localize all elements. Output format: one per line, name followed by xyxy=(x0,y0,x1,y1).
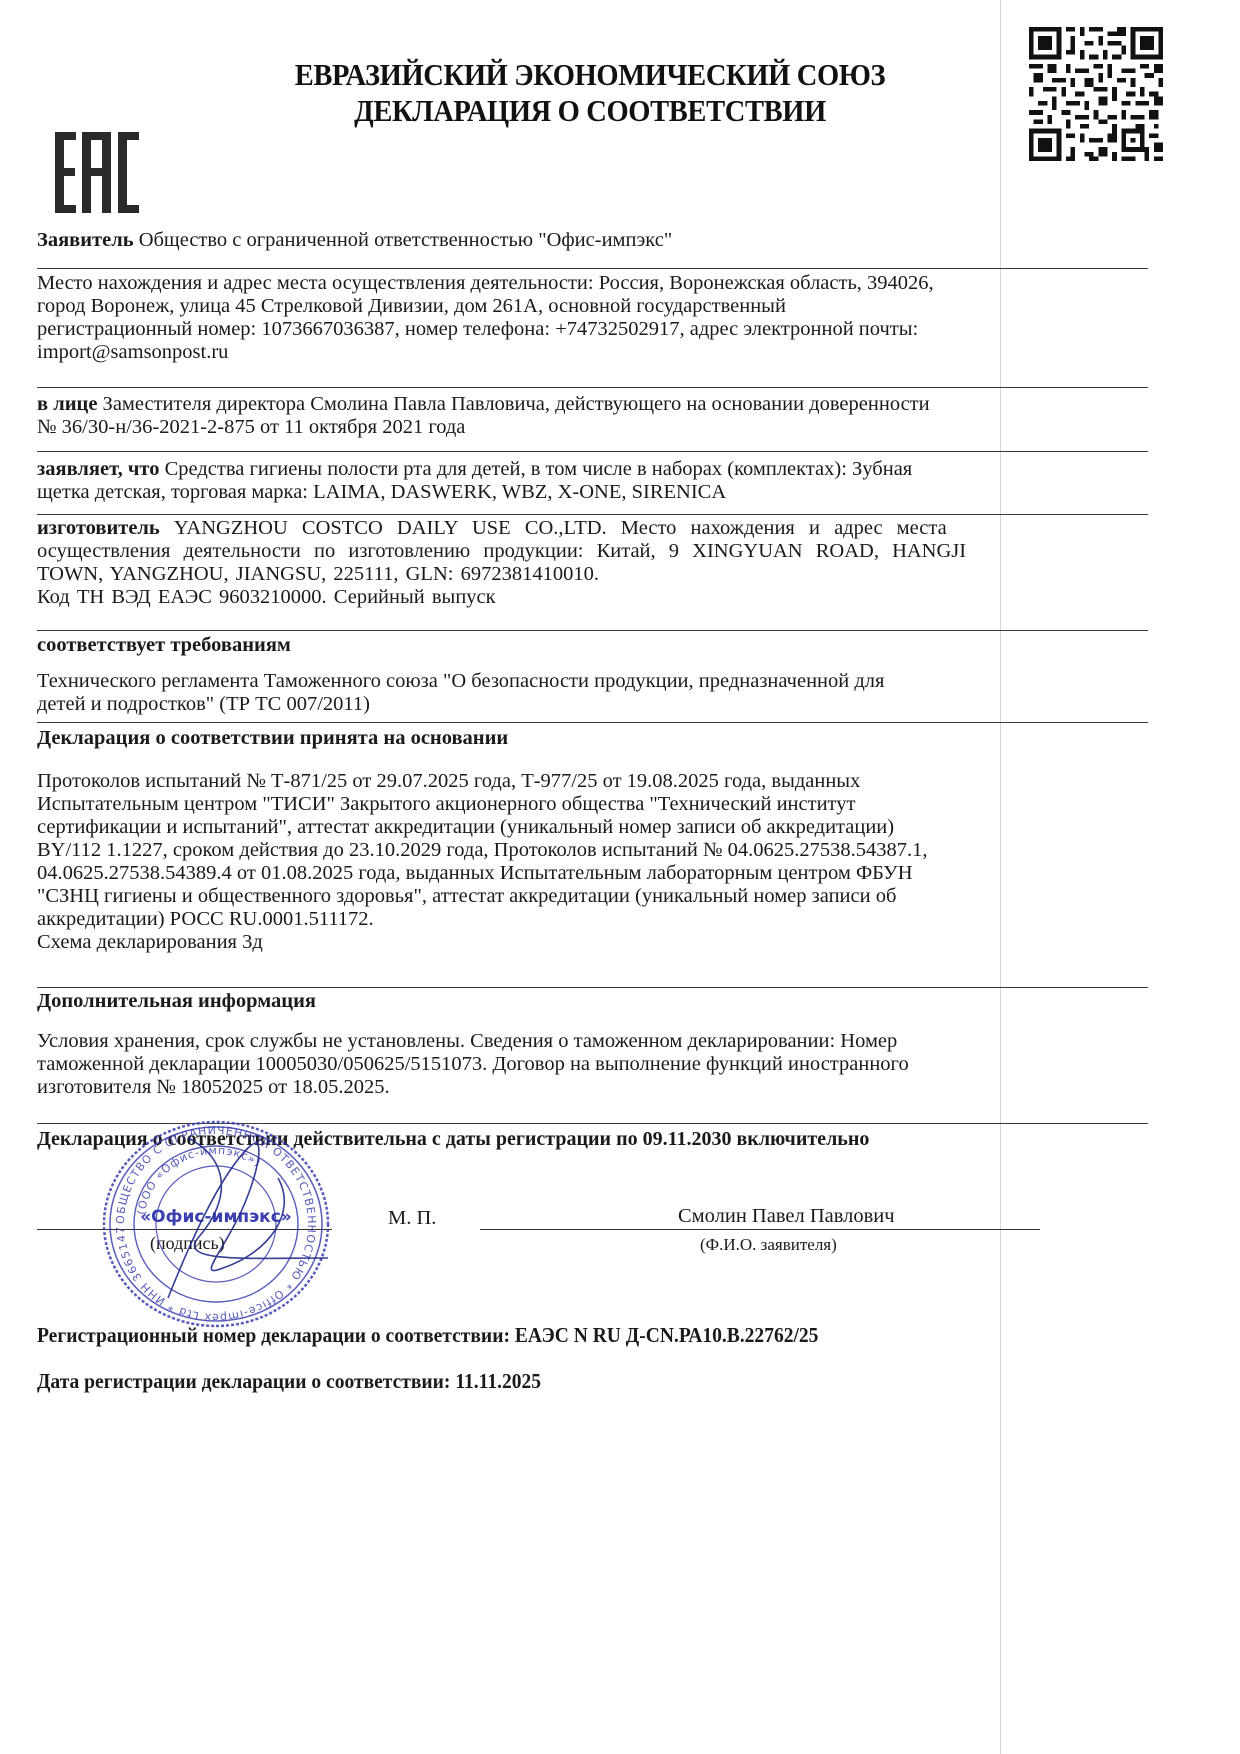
divider xyxy=(37,630,1148,631)
represented-by-block: в лице Заместителя директора Смолина Пав… xyxy=(37,393,1147,439)
eac-mark-icon xyxy=(52,130,142,215)
regulation-line: Технического регламента Таможенного союз… xyxy=(37,670,1147,693)
manufacturer-name-line: YANGZHOU COSTCO DAILY USE CO.,LTD. Место… xyxy=(174,517,947,539)
divider xyxy=(37,514,1148,515)
hs-code-line: Код ТН ВЭД ЕАЭС 9603210000. Серийный вып… xyxy=(37,586,1147,609)
registration-date-row: Дата регистрации декларации о соответств… xyxy=(37,1369,541,1394)
address-line: Место нахождения и адрес места осуществл… xyxy=(37,272,1147,295)
basis-line: Протоколов испытаний № Т-871/25 от 29.07… xyxy=(37,770,1147,793)
divider xyxy=(37,387,1148,388)
divider xyxy=(37,451,1148,452)
basis-line: Испытательным центром "ТИСИ" Закрытого а… xyxy=(37,793,1147,816)
basis-line: BY/112 1.1227, сроком действия до 23.10.… xyxy=(37,839,1147,862)
seal-label: М. П. xyxy=(388,1207,436,1230)
registration-number-row: Регистрационный номер декларации о соотв… xyxy=(37,1323,818,1348)
represented-by-line: Заместителя директора Смолина Павла Павл… xyxy=(103,393,930,415)
qr-code-icon xyxy=(1027,27,1165,161)
manufacturer-address-line: осуществления деятельности по изготовлен… xyxy=(37,540,1147,563)
declaration-page: ЕВРАЗИЙСКИЙ ЭКОНОМИЧЕСКИЙ СОЮЗ ДЕКЛАРАЦИ… xyxy=(0,0,1240,1754)
represented-by-label: в лице xyxy=(37,393,97,415)
additional-line: изготовителя № 18052025 от 18.05.2025. xyxy=(37,1076,1147,1099)
registration-date-label: Дата регистрации декларации о соответств… xyxy=(37,1369,450,1393)
basis-line: 04.0625.27538.54389.4 от 01.08.2025 года… xyxy=(37,862,1147,885)
basis-block: Протоколов испытаний № Т-871/25 от 29.07… xyxy=(37,770,1147,954)
document-title-union: ЕВРАЗИЙСКИЙ ЭКОНОМИЧЕСКИЙ СОЮЗ xyxy=(213,57,967,93)
manufacturer-address-line: TOWN, YANGZHOU, JIANGSU, 225111, GLN: 69… xyxy=(37,563,1147,586)
basis-line: "СЗНЦ гигиены и общественного здоровья",… xyxy=(37,885,1147,908)
signer-name: Смолин Павел Павлович xyxy=(678,1205,895,1228)
registration-date-value: 11.11.2025 xyxy=(455,1369,541,1393)
registration-number-label: Регистрационный номер декларации о соотв… xyxy=(37,1323,510,1347)
applicant-label: Заявитель xyxy=(37,229,134,251)
registration-number-value: ЕАЭС N RU Д-CN.РА10.В.22762/25 xyxy=(515,1323,819,1347)
additional-line: таможенной декларации 10005030/050625/51… xyxy=(37,1053,1147,1076)
basis-line: сертификации и испытаний", аттестат аккр… xyxy=(37,816,1147,839)
document-title-declaration: ДЕКЛАРАЦИЯ О СООТВЕТСТВИИ xyxy=(213,93,967,129)
divider xyxy=(37,987,1148,988)
company-stamp-icon: ОБЩЕСТВО С ОГРАНИЧЕННОЙ ОТВЕТСТВЕННОСТЬЮ… xyxy=(98,1118,334,1330)
signer-caption: (Ф.И.О. заявителя) xyxy=(700,1235,837,1255)
declares-label: заявляет, что xyxy=(37,458,159,480)
address-line: регистрационный номер: 1073667036387, но… xyxy=(37,318,1147,341)
manufacturer-label: изготовитель xyxy=(37,517,160,539)
applicant-row: Заявитель Общество с ограниченной ответс… xyxy=(37,229,1147,252)
additional-block: Условия хранения, срок службы не установ… xyxy=(37,1030,1147,1099)
trademark-line: щетка детская, торговая марка: LAIMA, DA… xyxy=(37,481,1147,504)
basis-line: аккредитации) РОСС RU.0001.511172. xyxy=(37,908,1147,931)
basis-heading: Декларация о соответствии принята на осн… xyxy=(37,727,508,750)
divider xyxy=(37,722,1148,723)
product-line: Средства гигиены полости рта для детей, … xyxy=(165,458,913,480)
additional-line: Условия хранения, срок службы не установ… xyxy=(37,1030,1147,1053)
additional-heading: Дополнительная информация xyxy=(37,990,316,1013)
address-block: Место нахождения и адрес места осуществл… xyxy=(37,272,1147,364)
manufacturer-block: изготовитель YANGZHOU COSTCO DAILY USE C… xyxy=(37,517,1147,609)
applicant-value: Общество с ограниченной ответственностью… xyxy=(139,229,673,251)
declares-block: заявляет, что Средства гигиены полости р… xyxy=(37,458,1147,504)
declaration-scheme: Схема декларирования 3д xyxy=(37,931,1147,954)
address-email: import@samsonpost.ru xyxy=(37,341,1147,364)
complies-heading: соответствует требованиям xyxy=(37,634,291,657)
address-line: город Воронеж, улица 45 Стрелковой Дивиз… xyxy=(37,295,1147,318)
power-of-attorney-line: № 36/30-н/36-2021-2-875 от 11 октября 20… xyxy=(37,416,1147,439)
signer-name-line xyxy=(480,1229,1040,1230)
regulation-block: Технического регламента Таможенного союз… xyxy=(37,670,1147,716)
divider xyxy=(37,268,1148,269)
regulation-line: детей и подростков" (ТР ТС 007/2011) xyxy=(37,693,1147,716)
